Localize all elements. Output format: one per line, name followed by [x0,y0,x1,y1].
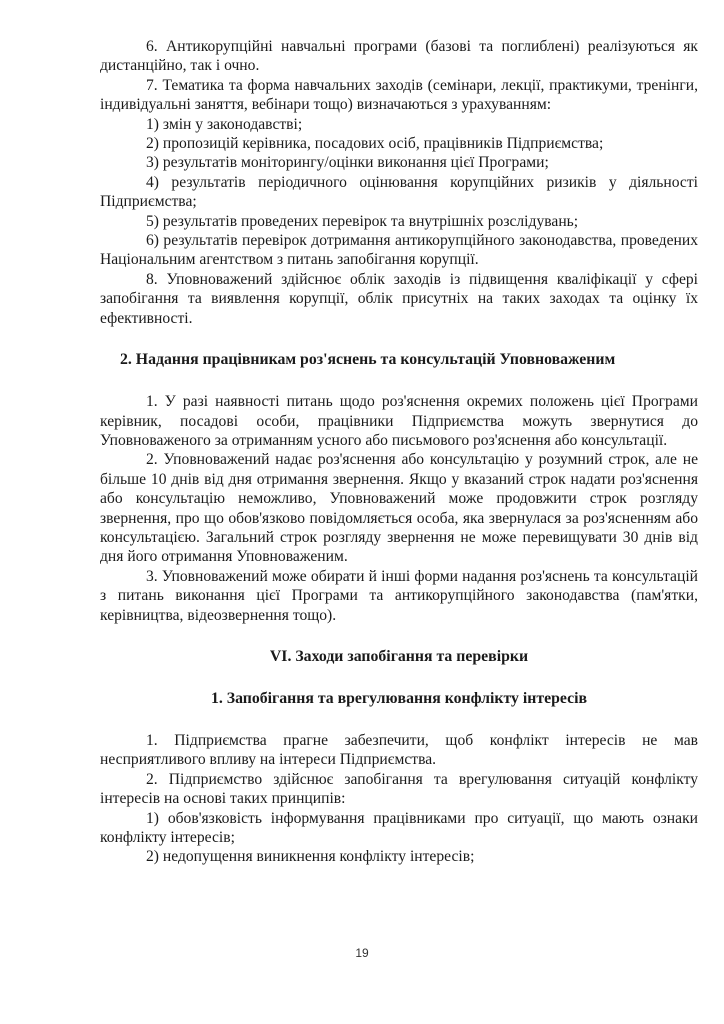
paragraph: 2. Підприємство здійснює запобігання та … [100,770,698,809]
list-item: 2) недопущення виникнення конфлікту інте… [100,847,698,866]
list-item: 1) змін у законодавстві; [100,115,698,134]
list-item: 1) обов'язковість інформування працівник… [100,809,698,848]
page-number: 19 [0,946,724,960]
chapter-heading: VI. Заходи запобігання та перевірки [100,647,698,667]
list-item: 2) пропозицій керівника, посадових осіб,… [100,134,698,153]
paragraph: 1. Підприємства прагне забезпечити, щоб … [100,731,698,770]
document-page: 6. Антикорупційні навчальні програми (ба… [100,37,698,867]
paragraph: 6. Антикорупційні навчальні програми (ба… [100,37,698,76]
paragraph: 7. Тематика та форма навчальних заходів … [100,76,698,115]
list-item: 3) результатів моніторингу/оцінки викона… [100,153,698,172]
list-item: 6) результатів перевірок дотримання анти… [100,231,698,270]
paragraph: 1. У разі наявності питань щодо роз'ясне… [100,392,698,450]
paragraph: 8. Уповноважений здійснює облік заходів … [100,270,698,328]
paragraph: 3. Уповноважений може обирати й інші фор… [100,567,698,625]
list-item: 4) результатів періодичного оцінювання к… [100,173,698,212]
paragraph: 2. Уповноважений надає роз'яснення або к… [100,450,698,566]
list-item: 5) результатів проведених перевірок та в… [100,212,698,231]
section-heading: 1. Запобігання та врегулювання конфлікту… [100,689,698,709]
section-heading: 2. Надання працівникам роз'яснень та кон… [100,350,698,370]
